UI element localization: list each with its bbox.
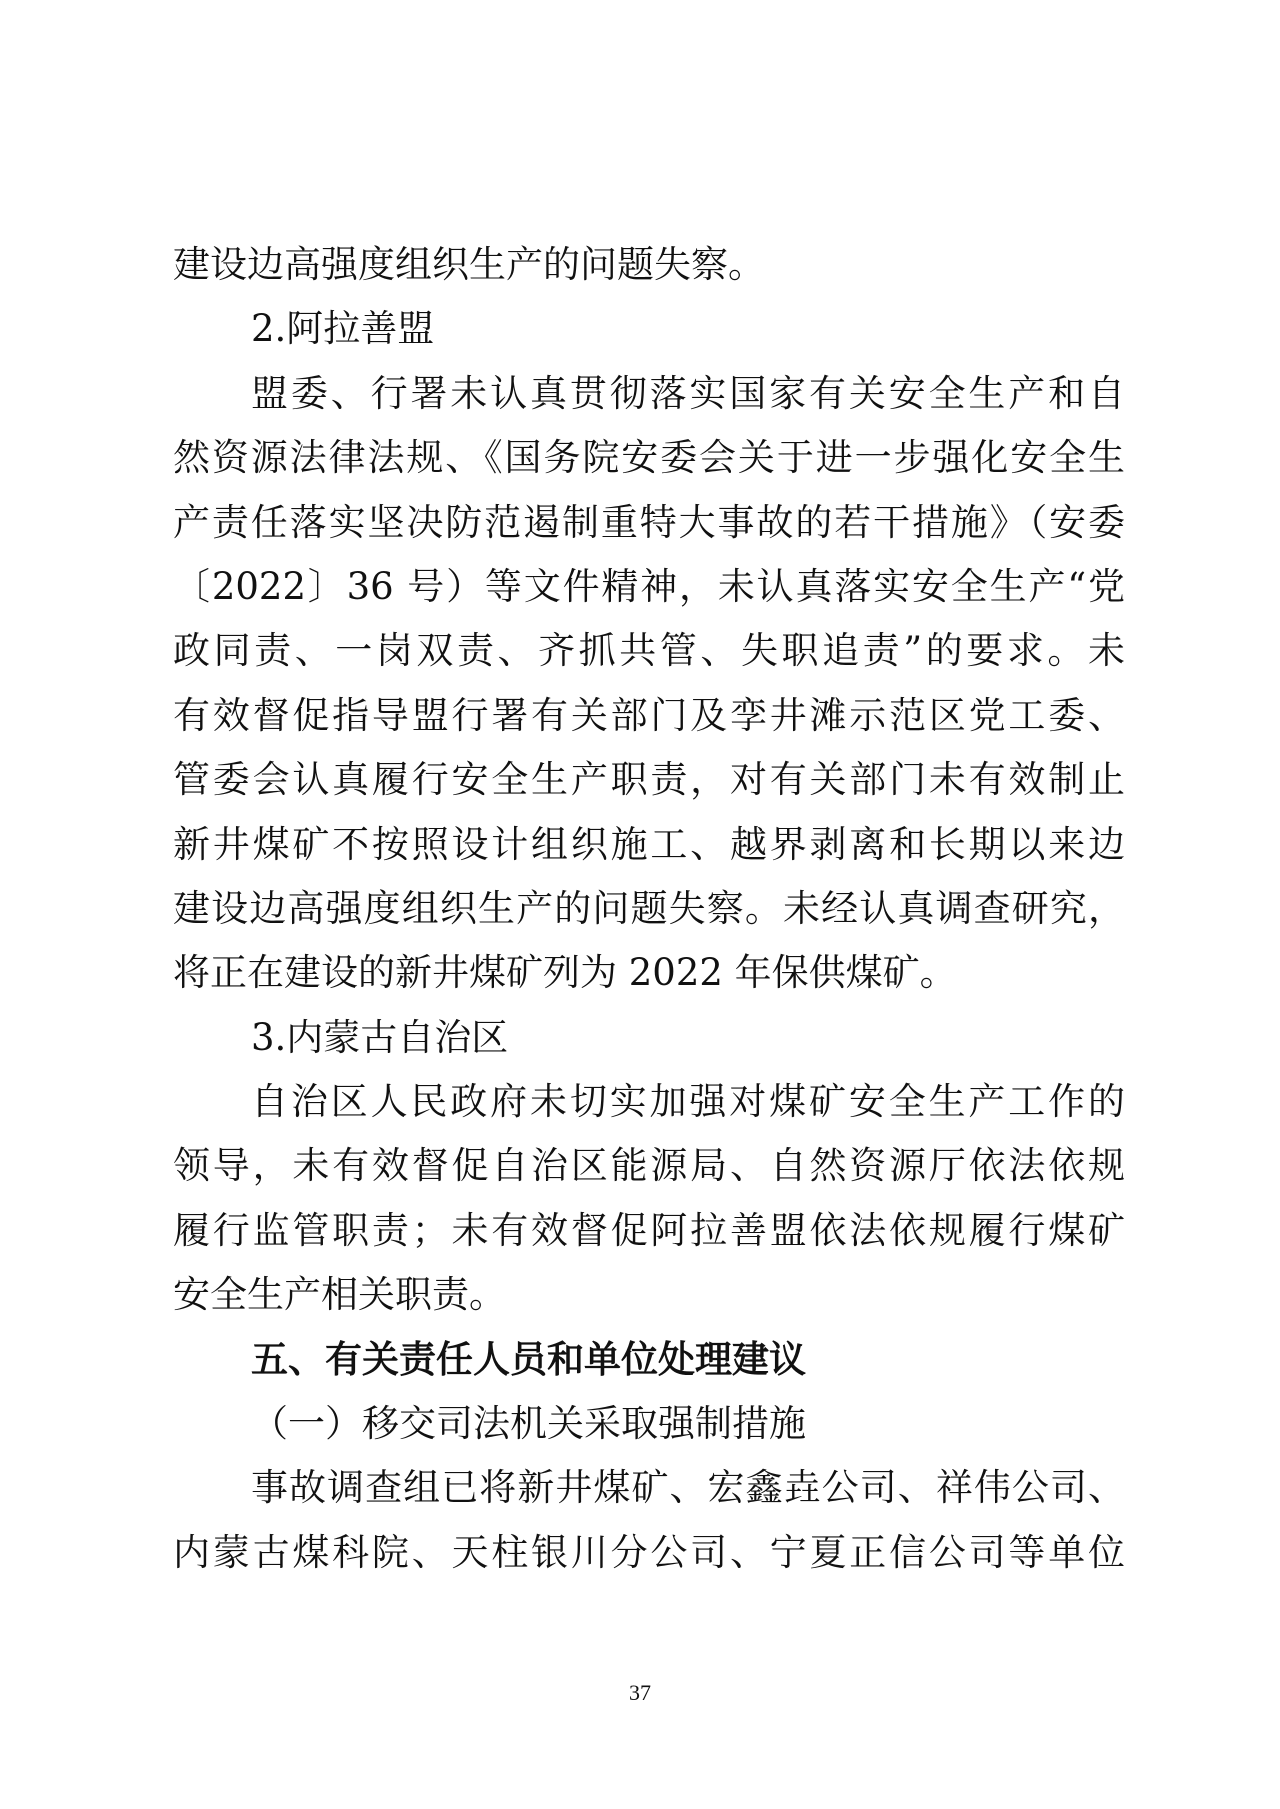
paragraph-line: 内蒙古煤科院、天柱银川分公司、宁夏正信公司等单位 <box>173 1521 1125 1585</box>
paragraph-line: 新井煤矿不按照设计组织施工、越界剥离和长期以来边 <box>173 813 1125 877</box>
subheading-alashan: 2.阿拉善盟 <box>173 297 1125 361</box>
paragraph-line: 领导，未有效督促自治区能源局、自然资源厅依法依规 <box>173 1134 1125 1198</box>
document-page: 建设边高强度组织生产的问题失察。 2.阿拉善盟 盟委、行署未认真贯彻落实国家有关… <box>0 0 1280 1809</box>
paragraph-line: 事故调查组已将新井煤矿、宏鑫垚公司、祥伟公司、 <box>173 1456 1125 1520</box>
paragraph-line: 产责任落实坚决防范遏制重特大事故的若干措施》（安委 <box>173 491 1125 555</box>
section-heading: 五、有关责任人员和单位处理建议 <box>173 1328 1125 1392</box>
page-number: 37 <box>0 1678 1280 1708</box>
paragraph-line: 建设边高强度组织生产的问题失察。 <box>173 233 1125 297</box>
paragraph-line: 管委会认真履行安全生产职责，对有关部门未有效制止 <box>173 748 1125 812</box>
paragraph-line: 建设边高强度组织生产的问题失察。未经认真调查研究， <box>173 877 1125 941</box>
paragraph-line: 有效督促指导盟行署有关部门及孪井滩示范区党工委、 <box>173 684 1125 748</box>
paragraph-line: 履行监管职责；未有效督促阿拉善盟依法依规履行煤矿 <box>173 1199 1125 1263</box>
paragraph-line: 然资源法律法规、《国务院安委会关于进一步强化安全生 <box>173 426 1125 490</box>
subheading-inner-mongolia: 3.内蒙古自治区 <box>173 1006 1125 1070</box>
paragraph-line: 〔2022〕36 号）等文件精神，未认真落实安全生产“党 <box>173 555 1125 619</box>
paragraph-line: 盟委、行署未认真贯彻落实国家有关安全生产和自 <box>173 362 1125 426</box>
paragraph-line: 政同责、一岗双责、齐抓共管、失职追责”的要求。未 <box>173 619 1125 683</box>
subsection-heading: （一）移交司法机关采取强制措施 <box>173 1392 1125 1456</box>
paragraph-line: 自治区人民政府未切实加强对煤矿安全生产工作的 <box>173 1070 1125 1134</box>
paragraph-line: 将正在建设的新井煤矿列为 2022 年保供煤矿。 <box>173 941 1125 1005</box>
paragraph-line: 安全生产相关职责。 <box>173 1263 1125 1327</box>
document-body: 建设边高强度组织生产的问题失察。 2.阿拉善盟 盟委、行署未认真贯彻落实国家有关… <box>173 233 1125 1585</box>
